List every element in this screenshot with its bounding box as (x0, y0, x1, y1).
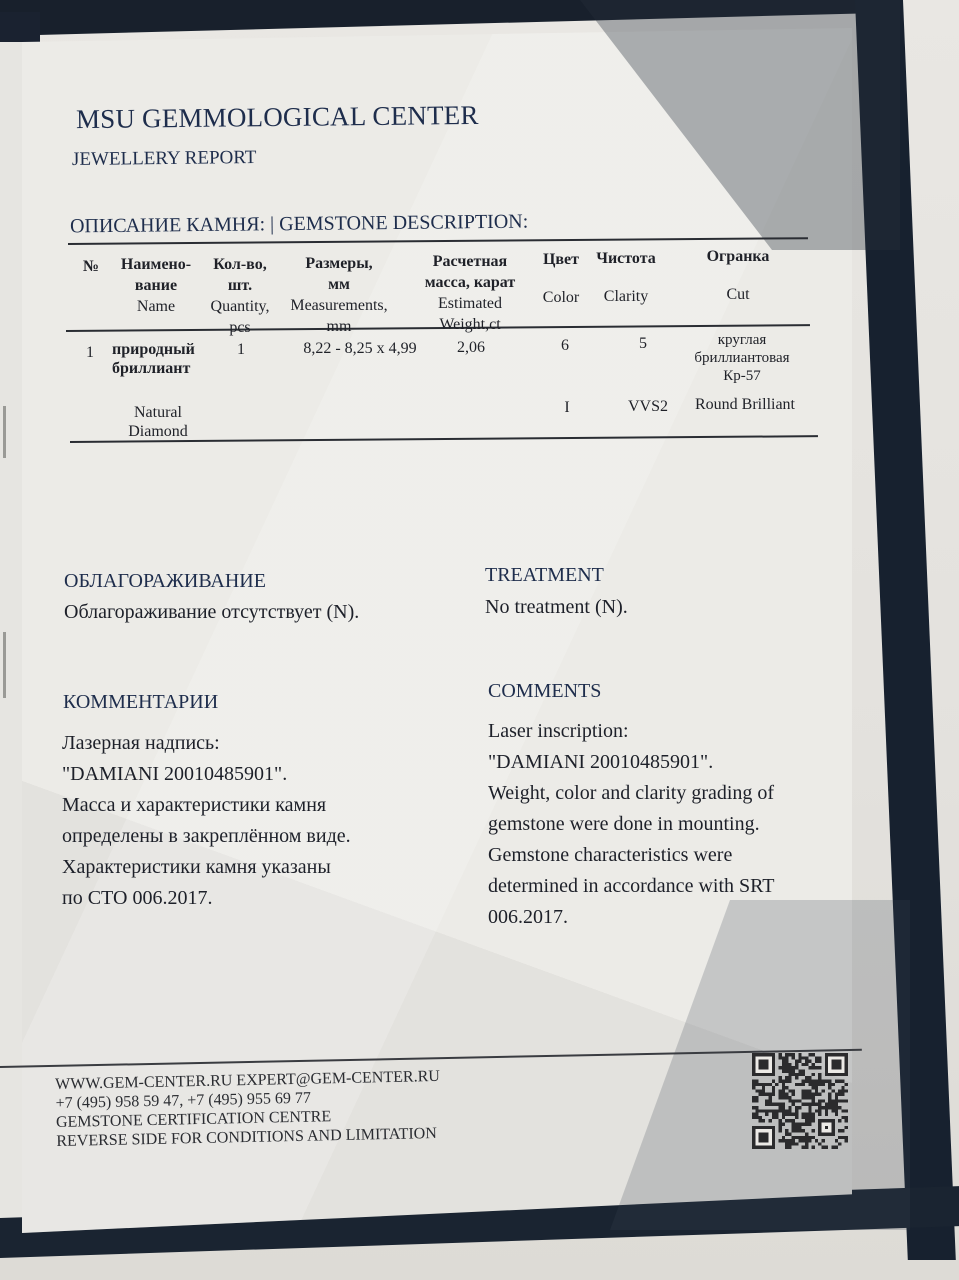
col-weight-header: Расчетная масса, карат Estimated Weight,… (416, 251, 524, 335)
comments-title-en: COMMENTS (488, 680, 601, 703)
col-wt-en-2: Weight,ct (416, 314, 524, 335)
col-qty-ru-1: Кол-во, (196, 254, 284, 275)
comments-ru-line: Масса и характеристики камня (62, 790, 351, 821)
footer-contact-block: WWW.GEM-CENTER.RU EXPERT@GEM-CENTER.RU +… (55, 1067, 441, 1151)
cell-clarity-ru: 5 (628, 334, 658, 353)
cell-no: 1 (80, 343, 100, 362)
cell-clarity-en: VVS2 (616, 397, 680, 416)
col-color-header: Цвет Color (534, 249, 588, 308)
col-wt-ru-2: масса, карат (416, 272, 524, 293)
page-edge-mark (3, 632, 6, 698)
cell-name-ru-1: природный (112, 340, 216, 359)
cell-name-en-2: Diamond (108, 422, 208, 441)
cell-cut-ru: круглая бриллиантовая Кр-57 (676, 331, 808, 385)
cell-quantity: 1 (226, 340, 256, 359)
comments-ru-line: Характеристики камня указаны (62, 852, 351, 883)
col-name-en: Name (108, 296, 204, 317)
col-wt-ru-1: Расчетная (416, 251, 524, 272)
col-no-header: № (80, 256, 102, 277)
cell-cut-ru-2: бриллиантовая (676, 349, 808, 367)
comments-ru-line: по СТО 006.2017. (62, 883, 351, 914)
comments-ru-line: Лазерная надпись: (62, 728, 351, 759)
comments-en-line: Laser inscription: (488, 716, 774, 747)
comments-en-line: Gemstone characteristics were (488, 840, 774, 871)
col-clarity-header: Чистота Clarity (590, 248, 662, 307)
comments-en-line: gemstone were done in mounting. (488, 809, 774, 840)
col-name-ru-1: Наимено- (108, 254, 204, 275)
col-meas-en-1: Measurements, (282, 295, 396, 316)
col-clarity-ru: Чистота (590, 248, 662, 269)
report-type: JEWELLERY REPORT (72, 147, 257, 171)
col-meas-ru-2: мм (282, 274, 396, 295)
col-name-header: Наимено- вание Name (108, 254, 204, 317)
comments-ru-line: определены в закреплённом виде. (62, 821, 351, 852)
cell-measurements: 8,22 - 8,25 x 4,99 (290, 339, 430, 358)
qr-code-icon (752, 1052, 848, 1150)
cell-cut-en: Round Brilliant (680, 395, 810, 414)
col-measurements-header: Размеры, мм Measurements, mm (282, 253, 396, 337)
organization-title: MSU GEMMOLOGICAL CENTER (76, 100, 479, 135)
comments-en-line: "DAMIANI 20010485901". (488, 747, 774, 778)
col-cut-ru: Огранка (680, 246, 796, 267)
cell-cut-ru-1: круглая (676, 331, 808, 349)
col-qty-ru-2: шт. (196, 275, 284, 296)
col-cut-en: Cut (680, 284, 796, 305)
cell-name-en: Natural Diamond (108, 403, 208, 441)
treatment-text-en: No treatment (N). (485, 592, 628, 623)
cell-name-en-1: Natural (108, 403, 208, 422)
col-clarity-en: Clarity (590, 286, 662, 307)
col-qty-en-2: pcs (196, 317, 284, 338)
col-color-ru: Цвет (534, 249, 588, 270)
col-name-ru-2: вание (108, 275, 204, 296)
cell-color-en: I (552, 398, 582, 417)
page-edge-mark (3, 406, 6, 458)
comments-en-line: determined in accordance with SRT (488, 871, 774, 902)
col-quantity-header: Кол-во, шт. Quantity, pcs (196, 254, 284, 338)
comments-en-line: Weight, color and clarity grading of (488, 778, 774, 809)
col-wt-en-1: Estimated (416, 293, 524, 314)
comments-title-ru: КОММЕНТАРИИ (63, 691, 218, 714)
treatment-title-en: TREATMENT (485, 564, 604, 587)
cell-name-ru: природный бриллиант (106, 340, 216, 378)
cell-weight: 2,06 (436, 338, 506, 357)
treatment-title-ru: ОБЛАГОРАЖИВАНИЕ (64, 570, 266, 593)
comments-ru-line: "DAMIANI 20010485901". (62, 759, 351, 790)
section-title-gemstone-description: ОПИСАНИЕ КАМНЯ: | GEMSTONE DESCRIPTION: (70, 211, 528, 239)
col-qty-en-1: Quantity, (196, 296, 284, 317)
col-cut-header: Огранка Cut (680, 246, 796, 305)
col-color-en: Color (534, 287, 588, 308)
left-inner-page (0, 40, 23, 1235)
cell-name-ru-2: бриллиант (112, 359, 216, 378)
col-meas-en-2: mm (282, 316, 396, 337)
folder-cover-corner (0, 12, 40, 42)
col-meas-ru-1: Размеры, (282, 253, 396, 274)
cell-color-ru: 6 (550, 336, 580, 355)
treatment-text-ru: Облагораживание отсутствует (N). (64, 597, 359, 628)
cell-cut-ru-3: Кр-57 (676, 367, 808, 385)
comments-text-ru: Лазерная надпись: "DAMIANI 20010485901".… (62, 728, 351, 914)
